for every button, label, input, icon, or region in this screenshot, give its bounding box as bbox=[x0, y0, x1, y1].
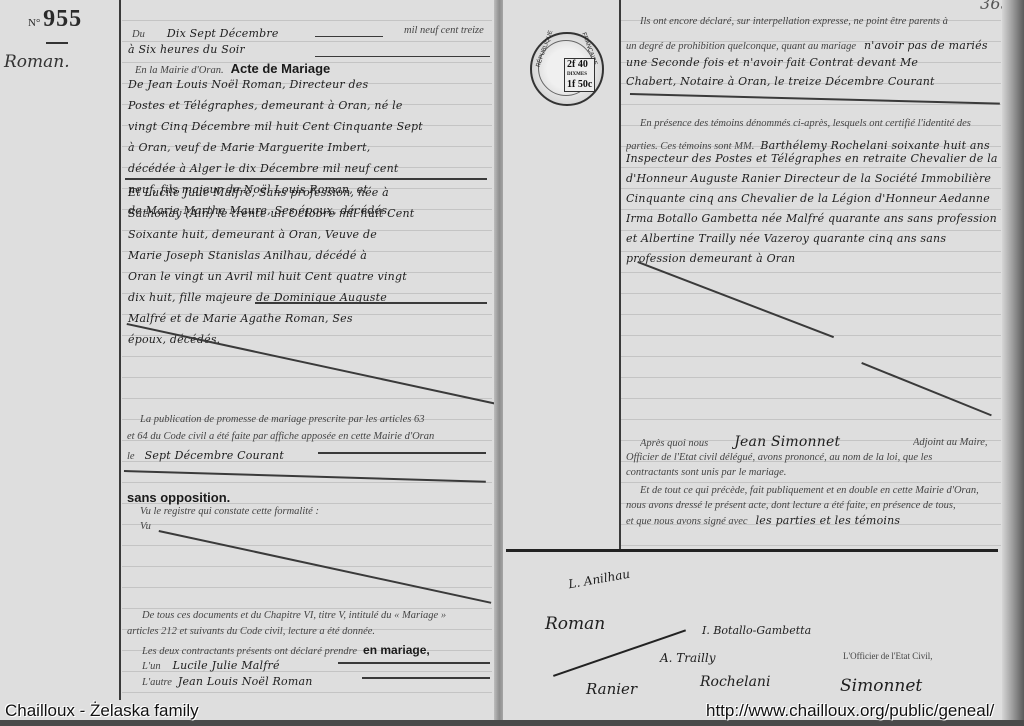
pronouncement-line-2: Officier de l'Etat civil délégué, avons … bbox=[626, 452, 1001, 463]
number-underline bbox=[46, 42, 68, 44]
bride-paragraph: Et Lucile Julie Malfré, Sans profession,… bbox=[128, 182, 488, 350]
pronouncement-line-3: contractants sont unis par le mariage. bbox=[626, 467, 786, 478]
date-line: Du Dix Sept Décembre bbox=[132, 24, 279, 42]
marriage-date: Dix Sept Décembre bbox=[167, 27, 279, 40]
family-watermark: Chailloux - Żelaska family bbox=[5, 701, 199, 721]
vu-label: Vu bbox=[140, 521, 151, 532]
groom-line: à Oran, veuf de Marie Marguerite Imbert, bbox=[128, 137, 488, 158]
signature-rochelani: Rochelani bbox=[700, 674, 770, 690]
witness-line: Irma Botallo Gambetta née Malfré quarant… bbox=[626, 209, 1001, 229]
left-register-page: N° 955 Roman. Du Dix Sept Décembre mil n… bbox=[0, 0, 497, 726]
stamp-value-top: 2f 40 bbox=[567, 60, 592, 70]
groom-line: décédée à Alger le dix Décembre mil neuf… bbox=[128, 158, 488, 179]
closing-line-2: nous avons dressé le présent acte, dont … bbox=[626, 500, 1001, 511]
le-label: le bbox=[127, 451, 135, 462]
stamp-value: 2f 40 DIXMES 1f 50c bbox=[564, 58, 595, 92]
bride-line: époux, décédés. bbox=[128, 329, 488, 350]
stamp-value-bottom: 1f 50c bbox=[567, 80, 592, 90]
declaration-line-3: une Seconde fois et n'avoir fait Contrat… bbox=[626, 56, 1001, 69]
spouse-one-fill bbox=[338, 662, 490, 664]
groom-line: De Jean Louis Noël Roman, Directeur des bbox=[128, 74, 488, 95]
officer-name: Jean Simonnet bbox=[734, 434, 840, 450]
documents-line-2: articles 212 et suivants du Code civil, … bbox=[127, 626, 375, 637]
year-print: mil neuf cent treize bbox=[404, 25, 494, 36]
bride-line: Soixante huit, demeurant à Oran, Veuve d… bbox=[128, 224, 488, 245]
tax-stamp: RÉPUBLIQUE FRANÇAISE 2f 40 DIXMES 1f 50c bbox=[530, 32, 604, 106]
witness-line: Inspecteur des Postes et Télégraphes en … bbox=[626, 149, 1001, 169]
date-fill-line bbox=[315, 36, 383, 37]
left-margin-column: N° 955 Roman. bbox=[0, 0, 118, 726]
act-number-value: 955 bbox=[43, 6, 82, 32]
witnesses-paragraph: Inspecteur des Postes et Télégraphes en … bbox=[626, 149, 1001, 269]
url-watermark: http://www.chailloux.org/public/geneal/ bbox=[706, 701, 994, 721]
margin-surname: Roman. bbox=[4, 52, 70, 72]
declaration-line-4: Chabert, Notaire à Oran, le treize Décem… bbox=[626, 75, 1001, 88]
prohibition-hand: n'avoir pas de mariés bbox=[864, 39, 988, 52]
publication-line-1: La publication de promesse de mariage pr… bbox=[140, 414, 490, 425]
groom-separator bbox=[125, 178, 487, 180]
signed-with-hand: les parties et les témoins bbox=[756, 514, 901, 527]
bride-line: Oran le vingt un Avril mil huit Cent qua… bbox=[128, 266, 488, 287]
book-right-edge bbox=[1002, 0, 1024, 726]
signed-with-text: et que nous avons signé avec bbox=[626, 516, 748, 527]
right-margin-rule bbox=[619, 0, 621, 550]
bride-line: Et Lucile Julie Malfré, Sans profession,… bbox=[128, 182, 488, 203]
publication-line-2: et 64 du Code civil a été faite par affi… bbox=[127, 431, 490, 442]
publication-date: Sept Décembre Courant bbox=[145, 449, 284, 462]
declaration-line-2: un degré de prohibition quelconque, quan… bbox=[626, 36, 1001, 54]
left-margin-rule bbox=[119, 0, 121, 700]
signature-roman: Roman bbox=[545, 614, 605, 634]
signature-section-divider bbox=[506, 549, 998, 552]
witness-line: d'Honneur Auguste Ranier Directeur de la… bbox=[626, 169, 1001, 189]
un-label: L'un bbox=[142, 661, 161, 672]
declaration-line-1: Ils ont encore déclaré, sur interpellati… bbox=[640, 16, 1000, 27]
bride-line: dix huit, fille majeure de Dominique Aug… bbox=[128, 287, 488, 308]
signature-trailly: A. Trailly bbox=[660, 651, 715, 665]
prohibition-text: un degré de prohibition quelconque, quan… bbox=[626, 41, 856, 52]
documents-line-1: De tous ces documents et du Chapitre VI,… bbox=[142, 610, 492, 621]
adjoint-text: Adjoint au Maire, bbox=[913, 437, 988, 448]
signature-botallo-gambetta: I. Botallo-Gambetta bbox=[702, 624, 811, 637]
spouse-two-line: L'autre Jean Louis Noël Roman bbox=[142, 672, 313, 690]
publication-date-line: le Sept Décembre Courant bbox=[127, 446, 284, 464]
groom-line: vingt Cinq Décembre mil huit Cent Cinqua… bbox=[128, 116, 488, 137]
closing-line-1: Et de tout ce qui précède, fait publique… bbox=[640, 485, 1002, 496]
closing-line-3: et que nous avons signé avec les parties… bbox=[626, 511, 900, 529]
bride-line: Malfré et de Marie Agathe Roman, Ses bbox=[128, 308, 488, 329]
witness-line: et Albertine Trailly née Vazeroy quarant… bbox=[626, 229, 1001, 249]
officer-signature-label: L'Officier de l'Etat Civil, bbox=[843, 651, 933, 661]
witnesses-line-1: En présence des témoins dénommés ci-aprè… bbox=[640, 118, 1000, 129]
marriage-time: à Six heures du Soir bbox=[128, 43, 245, 56]
du-label: Du bbox=[132, 29, 145, 40]
spouse-one-name: Lucile Julie Malfré bbox=[173, 659, 280, 672]
witness-line: Cinquante cinq ans Chevalier de la Légio… bbox=[626, 189, 1001, 209]
bride-line: Sathonay (Ain) le trente un Octobre mil … bbox=[128, 203, 488, 224]
registre-text: Vu le registre qui constate cette formal… bbox=[140, 506, 319, 517]
signature-simonnet: Simonnet bbox=[840, 676, 922, 696]
groom-line: Postes et Télégraphes, demeurant à Oran,… bbox=[128, 95, 488, 116]
spouse-two-fill bbox=[362, 677, 490, 679]
signature-ranier: Ranier bbox=[586, 680, 637, 698]
spouse-two-name: Jean Louis Noël Roman bbox=[178, 675, 313, 688]
apres-text: Après quoi nous bbox=[640, 438, 708, 449]
bride-end-line bbox=[255, 302, 487, 304]
act-number-prefix: N° bbox=[28, 17, 40, 29]
opposition-title: sans opposition. bbox=[127, 490, 230, 505]
witness-line: profession demeurant à Oran bbox=[626, 249, 1001, 269]
act-number: N° 955 bbox=[28, 6, 82, 33]
time-fill-line bbox=[315, 56, 490, 57]
en-mariage-text: en mariage, bbox=[363, 643, 430, 657]
autre-label: L'autre bbox=[142, 677, 172, 688]
bride-line: Marie Joseph Stanislas Anilhau, décédé à bbox=[128, 245, 488, 266]
publication-fill-line bbox=[318, 452, 486, 454]
